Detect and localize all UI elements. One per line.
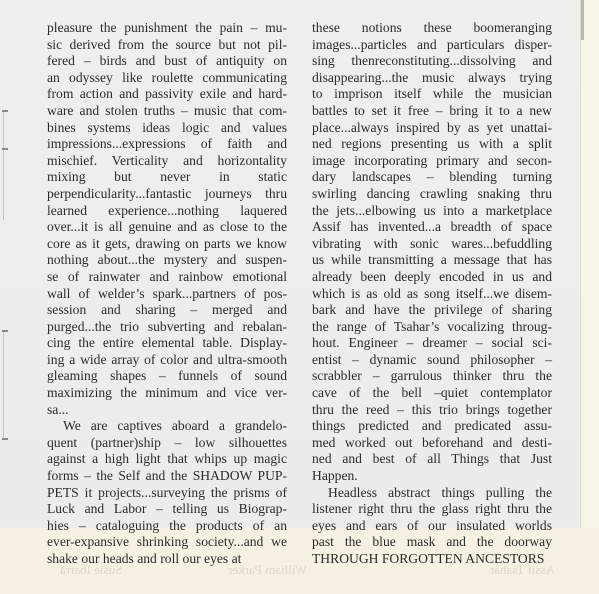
text-line: these notions these boomeranging	[312, 20, 552, 37]
text-line: things predicted and predicated assu-	[312, 418, 552, 435]
text-line: perpendicularity...fantastic journeys th…	[47, 186, 287, 203]
text-line: listener right thru the glass right thru…	[312, 501, 552, 518]
text-line: bines systems ideas logic and values	[47, 120, 287, 137]
text-line: ware and stolen truths – music that com-	[47, 103, 287, 120]
text-line: fered – birds and bust of antiquity on	[47, 53, 287, 70]
text-line: maximizing the minimum and vice ver-	[47, 385, 287, 402]
text-line: forms – the Self and the SHADOW PUP-	[47, 468, 287, 485]
text-line: session and sharing – merged and	[47, 302, 287, 319]
text-line: nothing about...the mystery and suspen-	[47, 252, 287, 269]
text-line: eyes and ears of our insulated worlds	[312, 518, 552, 535]
right-page-edge	[580, 0, 599, 594]
text-line: se of rainwater and rainbow emotional	[47, 269, 287, 286]
text-line: We are captives aboard a grandelo-	[47, 418, 287, 435]
text-line: entist – dynamic sound philosopher –	[312, 352, 552, 369]
text-line: sa...	[47, 402, 287, 419]
text-line: to imprison itself while the musician	[312, 86, 552, 103]
text-line: hout. Engineer – dreamer – social sci-	[312, 335, 552, 352]
text-line: Happen.	[312, 468, 552, 485]
text-line: images...particles and particulars dispe…	[312, 37, 552, 54]
text-line: core as it gets, drawing on parts we kno…	[47, 236, 287, 253]
text-line: learned experience...nothing laquered	[47, 203, 287, 220]
left-text-column: pleasure the punishment the pain – mu-si…	[47, 20, 287, 568]
text-line: swirling dancing crawling snaking thru	[312, 186, 552, 203]
text-line: cing the entire elemental table. Display…	[47, 335, 287, 352]
text-line: scrabbler – garrulous thinker thru the	[312, 368, 552, 385]
text-line: from action and passivity exile and hard…	[47, 86, 287, 103]
text-line: thru the reed – this trio brings togethe…	[312, 402, 552, 419]
text-line: Assif has invented...a breadth of space	[312, 219, 552, 236]
text-line: past the blue mask and the doorway	[312, 534, 552, 551]
text-line: wall of welder’s spark...partners of pos…	[47, 286, 287, 303]
text-line: disappearing...the music always trying	[312, 70, 552, 87]
text-line: an odyssey like roulette communicating	[47, 70, 287, 87]
text-line: cave of the bell –quiet contemplator	[312, 385, 552, 402]
text-line: already been deeply encoded in us and	[312, 269, 552, 286]
text-line: ever-expansive shrinking society...and w…	[47, 534, 287, 551]
text-line: the jets...elbowing us into a marketplac…	[312, 203, 552, 220]
text-line: the range of Tsahar’s vocalizing throug-	[312, 319, 552, 336]
text-line: PETS it projects...surveying the prisms …	[47, 485, 287, 502]
text-line: Luck and Labor – telling us Biograp-	[47, 501, 287, 518]
text-line: gleaming shapes – funnels of sound	[47, 368, 287, 385]
left-page-edge	[0, 0, 14, 594]
text-line: impressions...expressions of faith and	[47, 136, 287, 153]
text-line: med worked out beforehand and desti-	[312, 435, 552, 452]
text-line: us while transmitting a message that has	[312, 252, 552, 269]
text-line: Headless abstract things pulling the	[312, 485, 552, 502]
text-line: which is as old as song itself...we dise…	[312, 286, 552, 303]
text-line: purged...the trio subverting and rebalan…	[47, 319, 287, 336]
text-line: dary landscapes – blending turning	[312, 169, 552, 186]
text-line: against a high light that whips up magic	[47, 451, 287, 468]
text-line: ing a wide array of color and ultra-smoo…	[47, 352, 287, 369]
text-line: vibrating with sonic wares...befuddling	[312, 236, 552, 253]
text-line: sing thenreconstituting...dissolving and	[312, 53, 552, 70]
text-line: quent (partner)ship – low silhouettes	[47, 435, 287, 452]
text-line: mischief. Verticality and horizontality	[47, 153, 287, 170]
text-line: battles to set it free – bring it to a n…	[312, 103, 552, 120]
right-text-column: these notions these boomerangingimages..…	[312, 20, 552, 568]
text-line: hies – cataloguing the products of an	[47, 518, 287, 535]
text-line: sic derived from the source but not pil-	[47, 37, 287, 54]
text-line: place...always inspired by as yet unatta…	[312, 120, 552, 137]
text-line: mixing but never in static	[47, 169, 287, 186]
text-line: ned and best of all Things that Just	[312, 451, 552, 468]
text-line: ned regions presenting us with a split	[312, 136, 552, 153]
text-line: shake our heads and roll our eyes at	[47, 551, 287, 568]
text-line: THROUGH FORGOTTEN ANCESTORS	[312, 551, 552, 568]
text-line: pleasure the punishment the pain – mu-	[47, 20, 287, 37]
text-line: image incorporating primary and secon-	[312, 153, 552, 170]
booklet-page: Assif Tsahar William Parker Susie Ibarra…	[0, 0, 599, 594]
text-line: bark and have the privilege of sharing	[312, 302, 552, 319]
text-line: over...it is all genuine and as close to…	[47, 219, 287, 236]
